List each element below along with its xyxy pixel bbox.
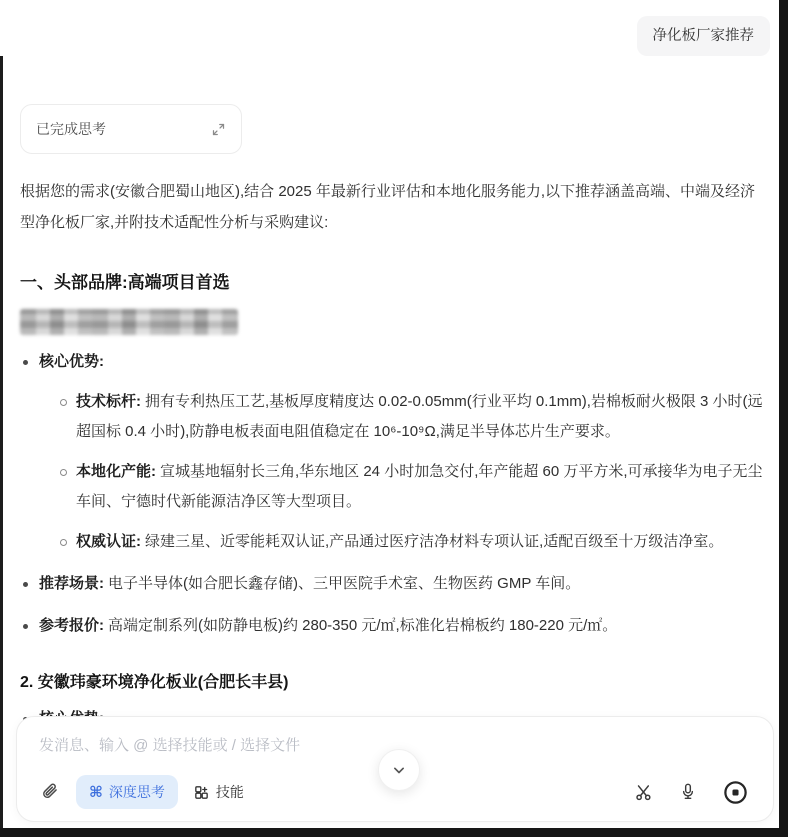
- list-item-core-advantages: 核心优势: 技术标杆:拥有专利热压工艺,基板厚度精度达 0.02-0.05mm(…: [20, 347, 770, 557]
- deep-think-label: 深度思考: [109, 782, 165, 802]
- list-item-reference-price: 参考报价:高端定制系列(如防静电板)约 280-350 元/㎡,标准化岩棉板约 …: [20, 611, 770, 641]
- user-message-bubble: 净化板厂家推荐: [637, 16, 771, 56]
- scroll-to-bottom-button[interactable]: [378, 749, 420, 791]
- list-item-certifications: 权威认证:绿建三星、近零能耗双认证,产品通过医疗洁净材料专项认证,适配百级至十万…: [58, 527, 770, 557]
- frame-edge-bottom: [0, 828, 788, 837]
- bullet-text: 绿建三星、近零能耗双认证,产品通过医疗洁净材料专项认证,适配百级至十万级洁净室。: [145, 533, 723, 550]
- microphone-icon: [678, 782, 698, 802]
- toolbar-right-group: [631, 777, 753, 808]
- paperclip-icon: [39, 782, 59, 802]
- chat-page: 净化板厂家推荐 已完成思考 根据您的需求(安徽合肥蜀山地区),结合 2025 年…: [0, 0, 788, 837]
- bullet-text: 宣城基地辐射长三角,华东地区 24 小时加急交付,年产能超 60 万平方米,可承…: [76, 463, 763, 510]
- list-item-local-capacity: 本地化产能:宣城基地辐射长三角,华东地区 24 小时加急交付,年产能超 60 万…: [58, 457, 770, 517]
- thinking-summary-label: 已完成思考: [36, 119, 106, 139]
- frame-edge-right: [779, 0, 788, 837]
- toolbar-left-group: ⌘ 深度思考 技能: [37, 775, 244, 809]
- intro-paragraph: 根据您的需求(安徽合肥蜀山地区),结合 2025 年最新行业评估和本地化服务能力…: [20, 176, 770, 238]
- section2-heading: 2. 安徽玮豪环境净化板业(合肥长丰县): [20, 669, 770, 692]
- bullet-text: 拥有专利热压工艺,基板厚度精度达 0.02-0.05mm(行业平均 0.1mm)…: [76, 393, 763, 440]
- bullet-text: 高端定制系列(如防静电板)约 280-350 元/㎡,标准化岩棉板约 180-2…: [108, 617, 617, 634]
- stop-button[interactable]: [720, 777, 751, 808]
- chevron-down-icon: [389, 760, 409, 780]
- user-message-row: 净化板厂家推荐: [20, 0, 770, 56]
- bullet-label: 推荐场景:: [39, 575, 104, 592]
- redacted-brand-name: [20, 309, 238, 335]
- scissors-icon: [633, 782, 654, 803]
- bullet-label: 核心优势:: [39, 353, 104, 370]
- record-stop-icon: [722, 779, 749, 806]
- bullet-label: 技术标杆:: [76, 393, 141, 410]
- skills-button[interactable]: 技能: [193, 782, 244, 802]
- bullet-text: 电子半导体(如合肥长鑫存储)、三甲医院手术室、生物医药 GMP 车间。: [108, 575, 580, 592]
- deep-think-button[interactable]: ⌘ 深度思考: [76, 775, 178, 809]
- frame-edge-left: [0, 56, 3, 837]
- section1-list: 核心优势: 技术标杆:拥有专利热压工艺,基板厚度精度达 0.02-0.05mm(…: [20, 347, 770, 641]
- voice-button[interactable]: [676, 780, 700, 804]
- list-item-recommended-scenes: 推荐场景:电子半导体(如合肥长鑫存储)、三甲医院手术室、生物医药 GMP 车间。: [20, 569, 770, 599]
- list-item-tech-benchmark: 技术标杆:拥有专利热压工艺,基板厚度精度达 0.02-0.05mm(行业平均 0…: [58, 387, 770, 447]
- bullet-label: 参考报价:: [39, 617, 104, 634]
- core-advantages-sublist: 技术标杆:拥有专利热压工艺,基板厚度精度达 0.02-0.05mm(行业平均 0…: [58, 387, 770, 557]
- section1-heading: 一、头部品牌:高端项目首选: [20, 268, 770, 293]
- cut-button[interactable]: [631, 780, 656, 805]
- bullet-label: 本地化产能:: [76, 463, 156, 480]
- deep-think-icon: ⌘: [89, 785, 103, 800]
- skills-label: 技能: [216, 782, 244, 802]
- bullet-label: 权威认证:: [76, 533, 141, 550]
- thinking-summary-card[interactable]: 已完成思考: [20, 104, 242, 154]
- expand-arrows-icon[interactable]: [211, 122, 226, 137]
- skills-grid-icon: [193, 784, 210, 801]
- attach-button[interactable]: [37, 780, 61, 804]
